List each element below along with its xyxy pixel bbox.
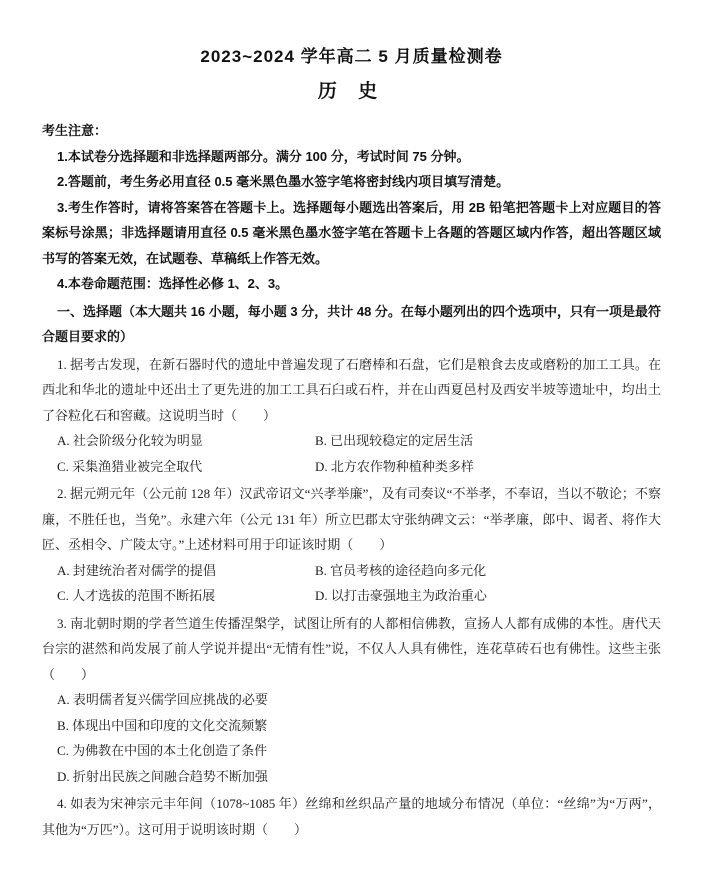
exam-paper-page: 2023~2024 学年高二 5 月质量检测卷 历 史 考生注意： 1.本试卷分…: [0, 0, 701, 877]
notice-item-1: 1.本试卷分选择题和非选择题两部分。满分 100 分，考试时间 75 分钟。: [42, 144, 661, 170]
question-4: 4. 如表为宋神宗元丰年间（1078~1085 年）丝绵和丝织品产量的地域分布情…: [42, 791, 661, 842]
notice-item-3: 3.考生作答时，请将答案答在答题卡上。选择题每小题选出答案后，用 2B 铅笔把答…: [42, 195, 661, 272]
question-3-option-b: B. 体现出中国和印度的文化交流频繁: [57, 713, 661, 739]
exam-title: 2023~2024 学年高二 5 月质量检测卷: [42, 44, 661, 70]
question-2-options: A. 封建统治者对儒学的提倡 B. 官员考核的途径趋向多元化 C. 人才选拔的范…: [57, 558, 661, 609]
notice-item-2: 2.答题前，考生务必用直径 0.5 毫米黑色墨水签字笔将密封线内项目填写清楚。: [42, 169, 661, 195]
question-1-option-b: B. 已出现较稳定的定居生活: [315, 428, 661, 454]
question-2: 2. 据元朔元年（公元前 128 年）汉武帝诏文“兴孝举廉”，及有司奏议“不举孝…: [42, 481, 661, 609]
section-heading: 一、选择题（本大题共 16 小题，每小题 3 分，共计 48 分。在每小题列出的…: [42, 299, 661, 350]
question-1-option-c: C. 采集渔猎业被完全取代: [57, 454, 315, 480]
question-2-option-d: D. 以打击豪强地主为政治重心: [315, 583, 661, 609]
question-1-options: A. 社会阶级分化较为明显 B. 已出现较稳定的定居生活 C. 采集渔猎业被完全…: [57, 428, 661, 479]
question-3-option-d: D. 折射出民族之间融合趋势不断加强: [57, 764, 661, 790]
question-4-stem: 4. 如表为宋神宗元丰年间（1078~1085 年）丝绵和丝织品产量的地域分布情…: [42, 791, 661, 842]
exam-subject: 历 史: [42, 78, 661, 106]
question-3-option-c: C. 为佛教在中国的本土化创造了条件: [57, 738, 661, 764]
question-1-option-a: A. 社会阶级分化较为明显: [57, 428, 315, 454]
question-3-option-a: A. 表明儒者复兴儒学回应挑战的必要: [57, 687, 661, 713]
question-2-stem: 2. 据元朔元年（公元前 128 年）汉武帝诏文“兴孝举廉”，及有司奏议“不举孝…: [42, 481, 661, 558]
question-2-option-a: A. 封建统治者对儒学的提倡: [57, 558, 315, 584]
question-3-options: A. 表明儒者复兴儒学回应挑战的必要 B. 体现出中国和印度的文化交流频繁 C.…: [57, 687, 661, 789]
question-3-stem: 3. 南北朝时期的学者竺道生传播涅槃学，试图让所有的人都相信佛教，宣扬人人都有成…: [42, 611, 661, 688]
question-1-option-d: D. 北方农作物种植种类多样: [315, 454, 661, 480]
question-3: 3. 南北朝时期的学者竺道生传播涅槃学，试图让所有的人都相信佛教，宣扬人人都有成…: [42, 611, 661, 790]
question-2-option-b: B. 官员考核的途径趋向多元化: [315, 558, 661, 584]
question-1-stem: 1. 据考古发现，在新石器时代的遗址中普遍发现了石磨棒和石盘，它们是粮食去皮或磨…: [42, 352, 661, 429]
notice-heading: 考生注意：: [42, 118, 661, 144]
question-2-option-c: C. 人才选拔的范围不断拓展: [57, 583, 315, 609]
notice-item-4: 4.本卷命题范围：选择性必修 1、2、3。: [42, 271, 661, 297]
question-1: 1. 据考古发现，在新石器时代的遗址中普遍发现了石磨棒和石盘，它们是粮食去皮或磨…: [42, 352, 661, 480]
